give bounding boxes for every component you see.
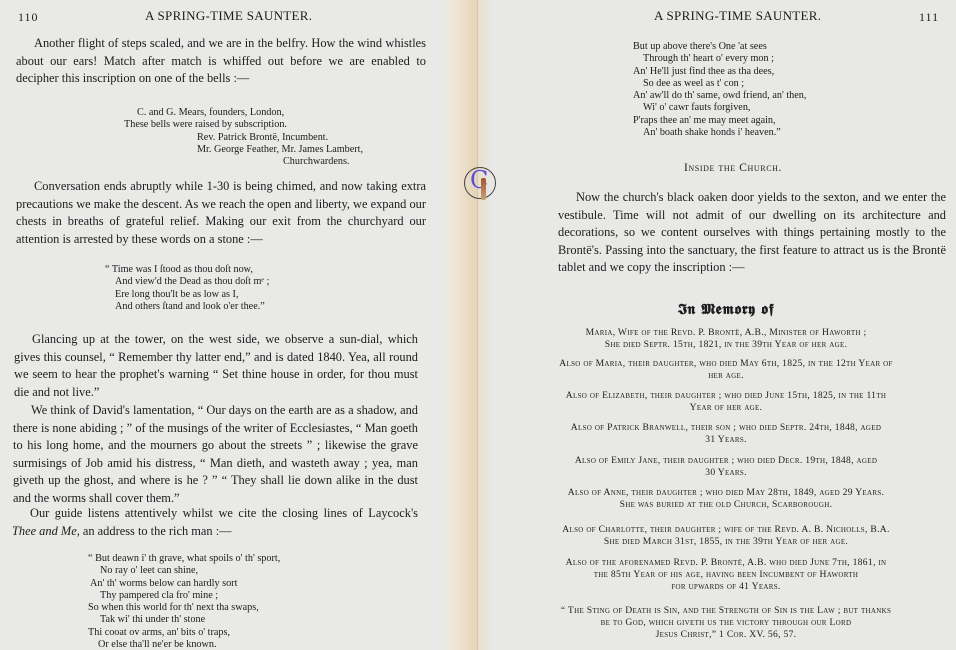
tablet-line: Year of her age. [518, 402, 934, 414]
inscription-line: Mr. George Feather, Mr. James Lambert, [137, 144, 363, 156]
verse-line: Through th' heart o' every mon ; [633, 53, 806, 65]
verse-line: So when this world for th' next tha swap… [88, 602, 280, 614]
para-text: Our guide listens attentively whilst we … [30, 506, 418, 520]
running-head-left: A SPRING-TIME SAUNTER. [145, 8, 312, 24]
running-head-right: A SPRING-TIME SAUNTER. [654, 8, 821, 24]
stone-verse: “ Time was I ſtood as thou doſt now, And… [105, 264, 269, 313]
tablet-entry: Also of Maria, their daughter, who died … [518, 358, 934, 382]
verse-line: So dee as weel as t' con ; [633, 78, 806, 90]
tablet-line: Also of Charlotte, their daughter ; wife… [518, 524, 934, 536]
verse-line: An' th' worms below can hardly sort [88, 578, 280, 590]
verse-line: Tak wi' thi under th' stone [88, 614, 280, 626]
laycock-poem-part2: But up above there's One 'at sees Throug… [633, 41, 806, 139]
tablet-scripture: “ The Sting of Death is Sin, and the Str… [518, 605, 934, 640]
inscription-line: C. and G. Mears, founders, London, [137, 107, 363, 119]
paragraph-sundial: Glancing up at the tower, on the west si… [14, 331, 418, 401]
tablet-line: Jesus Christ,” 1 Cor. XV. 56, 57. [518, 629, 934, 641]
paragraph-lamentation: We think of David's lamentation, “ Our d… [13, 402, 418, 507]
tablet-line: Also of Elizabeth, their daughter ; who … [518, 390, 934, 402]
bell-inscription: C. and G. Mears, founders, London, These… [137, 107, 363, 168]
verse-line: “ But deawn i' th grave, what spoils o' … [88, 553, 280, 565]
tablet-line: “ The Sting of Death is Sin, and the Str… [518, 605, 934, 617]
inscription-line: Rev. Patrick Brontë, Incumbent. [137, 132, 363, 144]
book-gutter [442, 0, 478, 650]
tablet-line: the 85th Year of his age, having been In… [518, 569, 934, 581]
tablet-entry: Also of Patrick Branwell, their son ; wh… [518, 422, 934, 446]
paragraph-church: Now the church's black oaken door yields… [558, 189, 946, 277]
section-heading: Inside the Church. [608, 162, 858, 174]
laycock-poem-part1: “ But deawn i' th grave, what spoils o' … [88, 553, 280, 650]
tablet-line: 31 Years. [518, 434, 934, 446]
tablet-line: her age. [518, 370, 934, 382]
verse-line: Ere long thou'lt be as low as I, [105, 289, 269, 301]
para-text: an address to the rich man :— [80, 524, 232, 538]
tablet-entry: Also of Charlotte, their daughter ; wife… [518, 524, 934, 548]
verse-line: An' He'll just find thee as tha dees, [633, 66, 806, 78]
verse-line: And view'd the Dead as thou doſt mᵉ ; [105, 276, 269, 288]
verse-line: No ray o' leet can shine, [88, 565, 280, 577]
tablet-entry: Also of Anne, their daughter ; who died … [518, 487, 934, 511]
verse-line: Thy pampered cla fro' mine ; [88, 590, 280, 602]
stamp-figure-icon [481, 178, 486, 200]
poem-title: Thee and Me, [12, 524, 80, 538]
tablet-line: Also of the aforenamed Revd. P. Brontë, … [518, 557, 934, 569]
verse-line: Thi cooat ov arms, an' bits o' traps, [88, 627, 280, 639]
verse-line: Or else tha'll ne'er be known. [88, 639, 280, 650]
book-gutter-right [478, 0, 492, 650]
tablet-line: She died Septr. 15th, 1821, in the 39th … [518, 339, 934, 351]
tablet-entry: Also of the aforenamed Revd. P. Brontë, … [518, 557, 934, 592]
tablet-line: She was buried at the old Church, Scarbo… [518, 499, 934, 511]
right-page: A SPRING-TIME SAUNTER. 111 But up above … [478, 0, 956, 650]
tablet-entry: Also of Elizabeth, their daughter ; who … [518, 390, 934, 414]
page-number-right: 111 [919, 10, 939, 25]
paragraph-descent: Conversation ends abruptly while 1-30 is… [16, 178, 426, 248]
paragraph-laycock: Our guide listens attentively whilst we … [12, 505, 418, 540]
left-page: 110 A SPRING-TIME SAUNTER. Another fligh… [0, 0, 478, 650]
tablet-line: for upwards of 41 Years. [518, 581, 934, 593]
tablet-line: be to God, which giveth us the victory t… [518, 617, 934, 629]
verse-line: But up above there's One 'at sees [633, 41, 806, 53]
tablet-line: Also of Anne, their daughter ; who died … [518, 487, 934, 499]
verse-line: And others ſtand and look o'er thee.” [105, 301, 269, 313]
tablet-line: Also of Patrick Branwell, their son ; wh… [518, 422, 934, 434]
verse-line: “ Time was I ſtood as thou doſt now, [105, 264, 269, 276]
tablet-entry: Maria, Wife of the Revd. P. Brontë, A.B.… [518, 327, 934, 351]
inscription-line: These bells were raised by subscription. [124, 119, 363, 131]
spine-crease [477, 0, 478, 650]
tablet-line: Also of Emily Jane, their daughter ; who… [518, 455, 934, 467]
verse-line: An' boath shake honds i' heaven.” [633, 127, 806, 139]
tablet-line: Also of Maria, their daughter, who died … [518, 358, 934, 370]
paragraph-belfry: Another flight of steps scaled, and we a… [16, 35, 426, 88]
verse-line: Wi' o' cawr fauts forgiven, [633, 102, 806, 114]
inscription-line: Churchwardens. [137, 156, 363, 168]
tablet-title: 𝕴𝖓 𝕸𝖊𝖒𝖔𝖗𝖞 𝖔𝖋 [518, 300, 934, 318]
tablet-line: Maria, Wife of the Revd. P. Brontë, A.B.… [518, 327, 934, 339]
tablet-entry: Also of Emily Jane, their daughter ; who… [518, 455, 934, 479]
tablet-line: She died March 31st, 1855, in the 39th Y… [518, 536, 934, 548]
verse-line: An' aw'll do th' same, owd friend, an' t… [633, 90, 806, 102]
tablet-line: 30 Years. [518, 467, 934, 479]
verse-line: P'raps thee an' me may meet again, [633, 115, 806, 127]
library-stamp-icon: C [464, 167, 496, 199]
page-number-left: 110 [18, 10, 39, 25]
